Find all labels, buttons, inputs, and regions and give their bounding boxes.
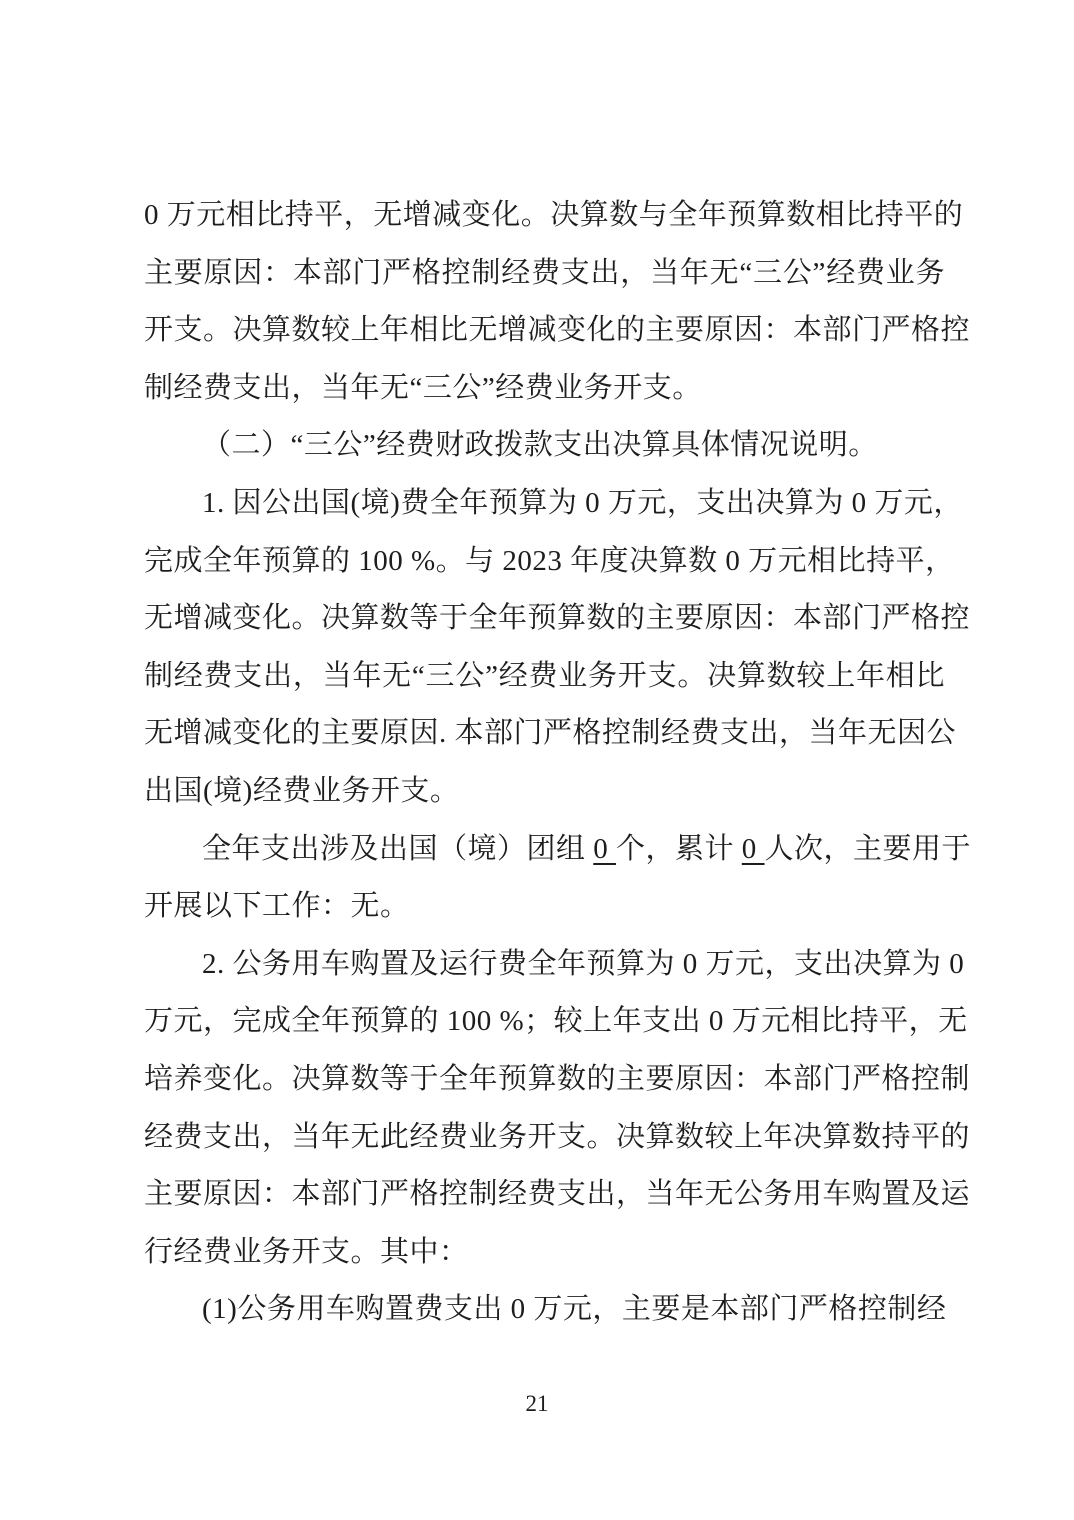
text-segment: 主要原因：本部门严格控制经费支出，当年无公务用车购置及运 <box>144 1178 970 1210</box>
text-line: 全年支出涉及出国（境）团组 0 个，累计 0 人次，主要用于 <box>144 821 945 879</box>
text-line: 行经费业务开支。其中： <box>144 1224 945 1282</box>
text-segment: 完成全年预算的 100 %。与 2023 年度决算数 0 万元相比持平， <box>144 545 955 577</box>
text-segment: 2. 公务用车购置及运行费全年预算为 0 万元，支出决算为 0 <box>202 948 964 980</box>
text-line: 万元，完成全年预算的 100 %；较上年支出 0 万元相比持平，无 <box>144 993 945 1051</box>
text-line: 制经费支出，当年无“三公”经费业务开支。决算数较上年相比 <box>144 648 945 706</box>
text-line: (1)公务用车购置费支出 0 万元，主要是本部门严格控制经 <box>144 1281 945 1339</box>
underlined-value: 0 <box>742 833 765 865</box>
text-segment: 制经费支出，当年无“三公”经费业务开支。 <box>144 372 702 404</box>
text-line: 无增减变化的主要原因. 本部门严格控制经费支出，当年无因公 <box>144 705 945 763</box>
text-segment: 制经费支出，当年无“三公”经费业务开支。决算数较上年相比 <box>144 660 945 692</box>
text-segment: 主要原因：本部门严格控制经费支出，当年无“三公”经费业务 <box>144 257 945 289</box>
text-line: 制经费支出，当年无“三公”经费业务开支。 <box>144 360 945 418</box>
text-segment: (1)公务用车购置费支出 0 万元，主要是本部门严格控制经 <box>202 1293 946 1325</box>
text-line: 培养变化。决算数等于全年预算数的主要原因：本部门严格控制 <box>144 1051 945 1109</box>
text-segment: 个，累计 <box>616 833 742 865</box>
document-page: 0 万元相比持平，无增减变化。决算数与全年预算数相比持平的主要原因：本部门严格控… <box>0 0 1074 1520</box>
text-line: 开展以下工作：无。 <box>144 878 945 936</box>
text-segment: 开支。决算数较上年相比无增减变化的主要原因：本部门严格控 <box>144 314 970 346</box>
underlined-value: 0 <box>593 833 616 865</box>
text-segment: 全年支出涉及出国（境）团组 <box>202 833 593 865</box>
text-line: 开支。决算数较上年相比无增减变化的主要原因：本部门严格控 <box>144 302 945 360</box>
text-segment: 行经费业务开支。其中： <box>144 1236 469 1268</box>
page-number: 21 <box>0 1390 1074 1418</box>
text-line: （二）“三公”经费财政拨款支出决算具体情况说明。 <box>144 417 945 475</box>
text-line: 1. 因公出国(境)费全年预算为 0 万元，支出决算为 0 万元， <box>144 475 945 533</box>
text-segment: 无增减变化的主要原因. 本部门严格控制经费支出，当年无因公 <box>144 717 956 749</box>
text-segment: 开展以下工作：无。 <box>144 890 410 922</box>
text-line: 主要原因：本部门严格控制经费支出，当年无“三公”经费业务 <box>144 245 945 303</box>
text-segment: 0 万元相比持平，无增减变化。决算数与全年预算数相比持平的 <box>144 199 963 231</box>
text-line: 主要原因：本部门严格控制经费支出，当年无公务用车购置及运 <box>144 1166 945 1224</box>
text-segment: 无增减变化。决算数等于全年预算数的主要原因：本部门严格控 <box>144 602 970 634</box>
text-line: 2. 公务用车购置及运行费全年预算为 0 万元，支出决算为 0 <box>144 936 945 994</box>
text-segment: 万元，完成全年预算的 100 %；较上年支出 0 万元相比持平，无 <box>144 1005 968 1037</box>
document-body: 0 万元相比持平，无增减变化。决算数与全年预算数相比持平的主要原因：本部门严格控… <box>144 187 945 1339</box>
text-line: 经费支出，当年无此经费业务开支。决算数较上年决算数持平的 <box>144 1109 945 1167</box>
text-segment: 出国(境)经费业务开支。 <box>144 775 459 807</box>
text-segment: 培养变化。决算数等于全年预算数的主要原因：本部门严格控制 <box>144 1063 970 1095</box>
text-segment: 经费支出，当年无此经费业务开支。决算数较上年决算数持平的 <box>144 1121 970 1153</box>
text-line: 完成全年预算的 100 %。与 2023 年度决算数 0 万元相比持平， <box>144 533 945 591</box>
text-segment: 1. 因公出国(境)费全年预算为 0 万元，支出决算为 0 万元， <box>202 487 963 519</box>
text-segment: 人次，主要用于 <box>765 833 972 865</box>
text-line: 0 万元相比持平，无增减变化。决算数与全年预算数相比持平的 <box>144 187 945 245</box>
text-line: 无增减变化。决算数等于全年预算数的主要原因：本部门严格控 <box>144 590 945 648</box>
text-segment: （二）“三公”经费财政拨款支出决算具体情况说明。 <box>202 429 878 461</box>
text-line: 出国(境)经费业务开支。 <box>144 763 945 821</box>
